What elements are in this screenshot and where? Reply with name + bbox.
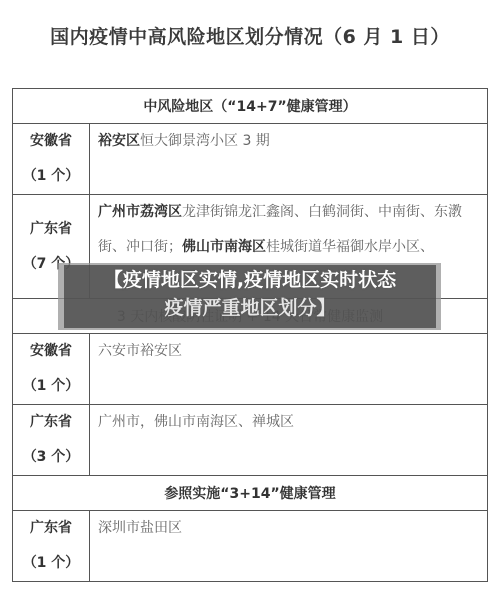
province-cell: 广东省 （3 个） bbox=[13, 405, 90, 476]
area-detail: 恒大御景湾小区 3 期 bbox=[140, 133, 270, 149]
province-cell: 广东省 （1 个） bbox=[13, 511, 90, 582]
section-header-3-14: 参照实施“3+14”健康管理 bbox=[13, 476, 488, 511]
province-count: （1 个） bbox=[13, 159, 89, 194]
area-district: 裕安区 bbox=[98, 133, 140, 149]
province-name: 广东省 bbox=[13, 511, 89, 546]
province-count: （1 个） bbox=[13, 546, 89, 581]
caption-line-2: 疫情严重地区划分】 bbox=[64, 294, 436, 322]
area-district: 广州市荔湾区 bbox=[98, 204, 182, 220]
page-title: 国内疫情中高风险地区划分情况（6 月 1 日） bbox=[0, 22, 500, 49]
area-detail: 桂城街道华福御水岸小区、 bbox=[266, 239, 434, 255]
area-district: 佛山市南海区 bbox=[182, 239, 266, 255]
risk-area-table: 中风险地区（“14+7”健康管理） 安徽省 （1 个） 裕安区恒大御景湾小区 3… bbox=[12, 88, 488, 582]
table-row: 安徽省 （1 个） 裕安区恒大御景湾小区 3 期 bbox=[13, 124, 488, 195]
table-row: 安徽省 （1 个） 六安市裕安区 bbox=[13, 334, 488, 405]
province-name: 安徽省 bbox=[13, 124, 89, 159]
province-count: （3 个） bbox=[13, 440, 89, 475]
areas-cell: 深圳市盐田区 bbox=[90, 511, 488, 582]
province-name: 安徽省 bbox=[13, 334, 89, 369]
areas-cell: 广州市，佛山市南海区、禅城区 bbox=[90, 405, 488, 476]
caption-line-1: 【疫情地区实情,疫情地区实时状态 bbox=[64, 266, 436, 294]
caption-overlay: 【疫情地区实情,疫情地区实时状态 疫情严重地区划分】 bbox=[64, 266, 436, 322]
table-row: 广东省 （1 个） 深圳市盐田区 bbox=[13, 511, 488, 582]
section-header-medium-risk: 中风险地区（“14+7”健康管理） bbox=[13, 89, 488, 124]
province-cell: 安徽省 （1 个） bbox=[13, 124, 90, 195]
table-row: 广东省 （3 个） 广州市，佛山市南海区、禅城区 bbox=[13, 405, 488, 476]
province-cell: 安徽省 （1 个） bbox=[13, 334, 90, 405]
province-count: （1 个） bbox=[13, 369, 89, 404]
province-name: 广东省 bbox=[13, 405, 89, 440]
province-name: 广东省 bbox=[13, 212, 89, 247]
areas-cell: 裕安区恒大御景湾小区 3 期 bbox=[90, 124, 488, 195]
areas-cell: 六安市裕安区 bbox=[90, 334, 488, 405]
